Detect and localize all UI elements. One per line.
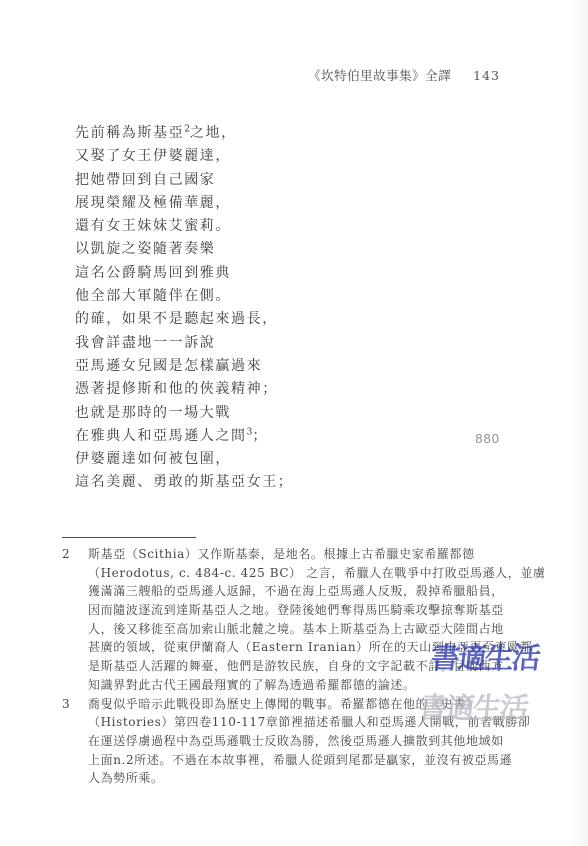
footnote-3: 3 喬叟似乎暗示此戰役即為歷史上傳聞的戰事。希羅都德在他的《史書》 （Histo… — [62, 695, 542, 788]
footnote-divider — [62, 537, 196, 538]
poem-line: 這名美麗、勇敢的斯基亞女王； — [75, 471, 293, 494]
footnote-line: 人，後又移徙至高加索山脈北麓之境。基本上斯基亞為上古歐亞大陸間占地 — [88, 620, 542, 639]
poem-line: 也就是那時的一場大戰 — [75, 402, 293, 425]
footnote-line: 知識界對此古代王國最翔實的了解為透過希羅都德的論述。 — [88, 676, 542, 695]
footnote-line: 獲滿滿三艘船的亞馬遜人返歸，不過在海上亞馬遜人反叛，殺掉希臘船員， — [88, 582, 542, 601]
footnote-line: 斯基亞（Scithia）又作斯基泰，是地名。根據上古希臘史家希羅都德 — [88, 545, 542, 564]
footnote-line: 人為勢所乘。 — [88, 769, 542, 788]
poem-line: 把她帶回到自己國家 — [75, 169, 293, 192]
poem-line-text: 這名公爵騎馬回到雅典 — [75, 265, 231, 281]
footnote-2: 2 斯基亞（Scithia）又作斯基泰，是地名。根據上古希臘史家希羅都德 （He… — [62, 545, 542, 695]
poem-line: 在雅典人和亞馬遜人之間3； — [75, 425, 293, 448]
poem-line: 這名公爵騎馬回到雅典 — [75, 262, 293, 285]
poem-line: 又娶了女王伊婆麗達， — [75, 145, 293, 168]
verse-line-number: 880 — [475, 431, 500, 446]
poem-line: 伊婆麗達如何被包圍， — [75, 448, 293, 471]
poem-line-text: 我會詳盡地一一訴說 — [75, 335, 215, 351]
footnote-line: 因而隨波逐流到達斯基亞人之地。登陸後她們奪得馬匹騎乘攻擊掠奪斯基亞 — [88, 601, 542, 620]
poem-line: 的確，如果不是聽起來過長， — [75, 308, 293, 331]
poem-line-text: 亞馬遜女兒國是怎樣贏過來 — [75, 358, 262, 374]
poem-line: 我會詳盡地一一訴說 — [75, 332, 293, 355]
poem-line: 他全部大軍隨伴在側。 — [75, 285, 293, 308]
poem-line: 亞馬遜女兒國是怎樣贏過來 — [75, 355, 293, 378]
poem-line-text: 還有女王妹妹艾蜜莉。 — [75, 218, 231, 234]
footnote-line: （Herodotus, c. 484-c. 425 BC） 之言，希臘人在戰爭中… — [88, 564, 542, 583]
poem-line-text: 伊婆麗達如何被包圍， — [75, 451, 231, 467]
poem-line: 憑著提修斯和他的俠義精神； — [75, 378, 293, 401]
poem-line-text: 以凱旋之姿隨著奏樂 — [75, 241, 215, 257]
book-title: 《坎特伯里故事集》全譯 — [308, 68, 451, 83]
page-header: 《坎特伯里故事集》全譯143 — [308, 66, 500, 84]
poem-line: 展現榮耀及極備華麗， — [75, 192, 293, 215]
poem-line-text: ； — [252, 428, 268, 444]
footnote-line: （Histories）第四卷110-117章節裡描述希臘人和亞馬遜人開戰，前者戰… — [88, 713, 542, 732]
footnote-line: 在運送俘虜過程中為亞馬遜戰士反敗為勝，然後亞馬遜人擴散到其他地域如 — [88, 732, 542, 751]
book-page: 《坎特伯里故事集》全譯143 先前稱為斯基亞2之地， 又娶了女王伊婆麗達， 把她… — [0, 0, 588, 846]
poem-line-text: 他全部大軍隨伴在側。 — [75, 288, 231, 304]
poem-line-text: 在雅典人和亞馬遜人之間 — [75, 428, 247, 444]
poem-line-text: 又娶了女王伊婆麗達， — [75, 148, 231, 164]
poem-line-text: 這名美麗、勇敢的斯基亞女王； — [75, 474, 293, 490]
poem-line-text: 先前稱為斯基亞 — [75, 125, 184, 141]
page-number: 143 — [473, 68, 500, 83]
footnote-line: 上面n.2所述。不過在本故事裡，希臘人從頭到尾都是贏家，並沒有被亞馬遜 — [88, 751, 542, 770]
poem-line-text: 之地， — [190, 125, 237, 141]
poem-line-text: 展現榮耀及極備華麗， — [75, 195, 231, 211]
footnote-line: 是斯基亞人活躍的舞臺，他們是游牧民族，自身的文字記載不詳。目前西方 — [88, 657, 542, 676]
footnotes-section: 2 斯基亞（Scithia）又作斯基泰，是地名。根據上古希臘史家希羅都德 （He… — [62, 545, 542, 788]
poem-line: 先前稱為斯基亞2之地， — [75, 122, 293, 145]
poem-block: 先前稱為斯基亞2之地， 又娶了女王伊婆麗達， 把她帶回到自己國家 展現榮耀及極備… — [75, 122, 293, 495]
poem-line: 以凱旋之姿隨著奏樂 — [75, 238, 293, 261]
footnote-number: 2 — [62, 545, 70, 564]
footnote-number: 3 — [62, 695, 70, 714]
footnote-line: 喬叟似乎暗示此戰役即為歷史上傳聞的戰事。希羅都德在他的《史書》 — [88, 695, 542, 714]
poem-line-text: 把她帶回到自己國家 — [75, 172, 215, 188]
footnote-line: 甚廣的領域，從東伊蘭裔人（Eastern Iranian）所在的天山到中亞再至東… — [88, 638, 542, 657]
poem-line-text: 也就是那時的一場大戰 — [75, 405, 231, 421]
poem-line-text: 憑著提修斯和他的俠義精神； — [75, 381, 278, 397]
poem-line-text: 的確，如果不是聽起來過長， — [75, 311, 278, 327]
poem-line: 還有女王妹妹艾蜜莉。 — [75, 215, 293, 238]
